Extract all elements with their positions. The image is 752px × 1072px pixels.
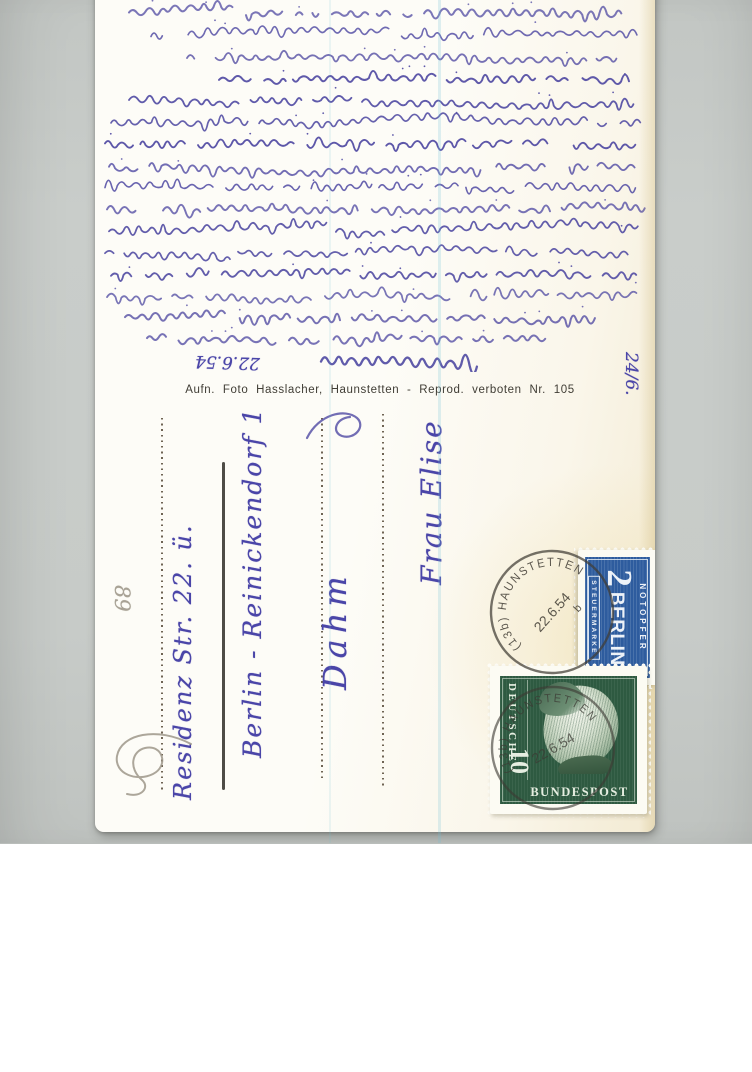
printed-caption: Aufn. Foto Hasslacher, Haunstetten - Rep…	[155, 384, 605, 396]
ink-dot	[483, 330, 485, 332]
address-city-line: Berlin - Reinickendorf 1	[237, 407, 268, 758]
ink-dot	[400, 216, 402, 218]
ink-dot	[205, 1, 207, 3]
ink-dot	[177, 160, 179, 162]
message-line	[129, 1, 621, 22]
pencil-number: 89	[109, 585, 135, 612]
message-line	[111, 268, 636, 282]
ink-dot	[211, 330, 213, 332]
message-line	[107, 202, 645, 217]
ink-dot	[624, 73, 626, 75]
ink-dot	[604, 199, 606, 201]
ink-dot	[224, 23, 226, 25]
ink-dot	[407, 175, 409, 177]
ink-dot	[538, 92, 540, 94]
ink-dot	[186, 304, 188, 306]
address-recipient-surname: Dahm	[315, 570, 355, 690]
address-dotted-line	[382, 414, 384, 788]
ink-dot	[362, 265, 364, 267]
ink-dot	[612, 92, 614, 94]
ink-flourish	[303, 406, 373, 450]
message-line	[105, 137, 635, 151]
ink-dot	[538, 311, 540, 313]
ink-dot	[571, 265, 573, 267]
ink-dot	[326, 200, 328, 202]
message-line	[107, 287, 636, 305]
ink-dot	[495, 199, 497, 201]
postcard: 22.6.54 Aufn. Foto Hasslacher, Haunstett…	[95, 0, 655, 832]
city-underline	[222, 462, 225, 790]
ink-dot	[534, 21, 536, 23]
ink-dot	[420, 174, 422, 176]
message-line	[111, 113, 640, 131]
ink-dot	[524, 312, 526, 314]
postmark-date: 22.6.54	[530, 589, 573, 635]
ink-dot	[468, 3, 470, 5]
ink-dot	[413, 288, 415, 290]
message-line	[147, 332, 559, 346]
message-line	[129, 96, 633, 110]
ink-dot	[307, 133, 309, 135]
ink-dot	[429, 199, 431, 201]
ink-dot	[621, 225, 623, 227]
scanned-postcard-page: { "scan": { "background_color": "#c7cbc8…	[0, 0, 752, 1072]
ink-dot	[322, 112, 324, 114]
ink-dot	[364, 48, 366, 50]
message-line	[105, 245, 637, 261]
ink-dot	[370, 242, 372, 244]
message-line	[109, 219, 638, 239]
ink-dot	[283, 70, 285, 72]
ink-dot	[424, 46, 426, 48]
ink-dot	[110, 133, 112, 135]
ink-dot	[394, 49, 396, 51]
message-line	[187, 51, 616, 66]
ink-dot	[214, 19, 216, 21]
ink-dot	[249, 133, 251, 135]
ink-dot	[549, 94, 551, 96]
ink-dot	[114, 288, 116, 290]
ink-dot	[582, 306, 584, 308]
ink-dot	[341, 159, 343, 161]
ink-dot	[366, 173, 368, 175]
message-line	[109, 163, 635, 178]
ink-dot	[558, 262, 560, 264]
pencil-flourish	[95, 722, 215, 806]
message-line	[219, 71, 629, 84]
ink-dot	[371, 310, 373, 312]
message-line	[105, 179, 635, 194]
ink-dot	[456, 112, 458, 114]
ink-dot	[409, 65, 411, 67]
ink-dot	[295, 115, 297, 117]
ink-dot	[401, 310, 403, 312]
ink-dot	[421, 331, 423, 333]
address-recipient-name: Frau Elise	[414, 419, 449, 585]
ink-dot	[121, 158, 123, 160]
ink-dot	[335, 87, 337, 89]
ink-dot	[225, 330, 227, 332]
ink-dot	[292, 263, 294, 265]
ink-dot	[530, 1, 532, 3]
ink-dot	[231, 327, 233, 329]
ink-dot	[399, 267, 401, 269]
handwritten-date-upside-down: 22.6.54	[195, 351, 261, 373]
message-line	[151, 26, 637, 40]
ink-dot	[313, 179, 315, 181]
blank-lower-margin	[0, 843, 752, 1072]
ink-dot	[392, 134, 394, 136]
ink-dot	[512, 2, 514, 4]
ink-dot	[402, 68, 404, 70]
ink-dot	[129, 266, 131, 268]
ink-dot	[424, 65, 426, 67]
postmark-date: 22.6.54	[529, 729, 578, 766]
ink-dot	[298, 6, 300, 8]
ink-dot	[239, 309, 241, 311]
postmark-letter: b	[572, 602, 585, 615]
scanner-background: 22.6.54 Aufn. Foto Hasslacher, Haunstett…	[0, 0, 752, 843]
message-line	[321, 355, 477, 372]
ink-dot	[635, 282, 637, 284]
corner-date-note: 24/6.	[620, 352, 642, 396]
ink-dot	[456, 71, 458, 73]
ink-dot	[152, 0, 154, 2]
ink-dot	[231, 48, 233, 50]
handwritten-message	[99, 0, 651, 372]
ink-dot	[566, 52, 568, 54]
